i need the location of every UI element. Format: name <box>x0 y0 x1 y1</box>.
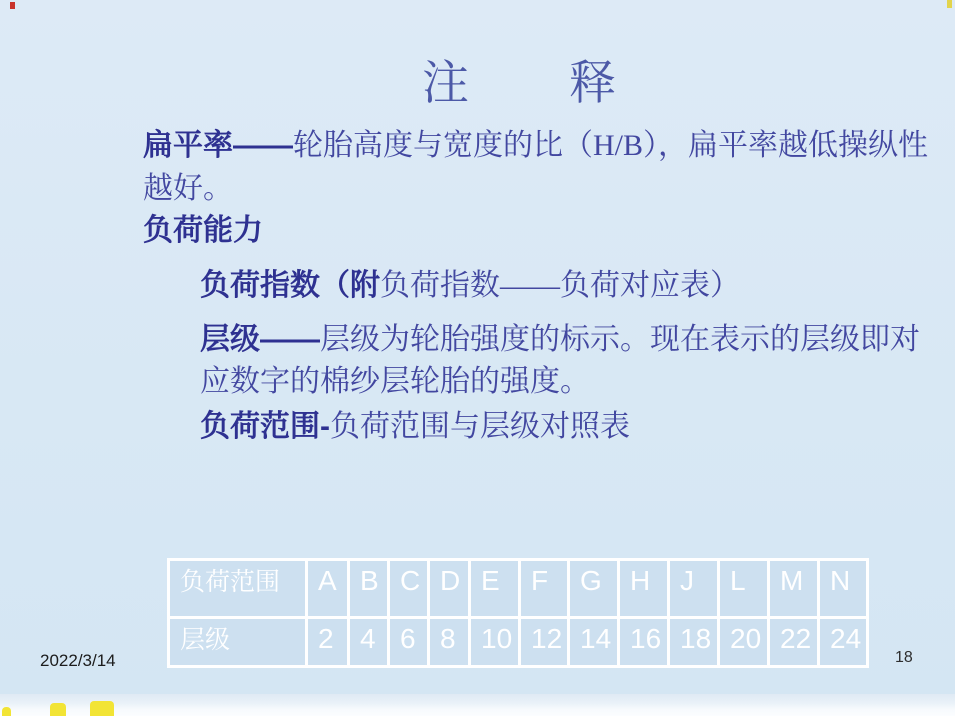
footer-date: 2022/3/14 <box>40 651 116 671</box>
yellow-corner-marker <box>947 0 952 8</box>
slide-background: 注 释 扁平率——轮胎高度与宽度的比（H/B），扁平率越低操纵性越好。 负荷能力… <box>0 0 955 716</box>
table-cell: 20 <box>719 618 769 667</box>
page-number: 18 <box>895 649 913 667</box>
table-row-load-range: 负荷范围 A B C D E F G H J L M N <box>169 560 868 618</box>
table-cell: D <box>429 560 470 618</box>
table-cell: E <box>470 560 520 618</box>
table-cell: 层级 <box>169 618 307 667</box>
table-cell: 10 <box>470 618 520 667</box>
definition-load-range: 负荷范围与层级对照表 <box>330 410 630 443</box>
paragraph-ply-rating: 层级——层级为轮胎强度的标示。现在表示的层级即对应数字的棉纱层轮胎的强度。 <box>200 319 925 403</box>
table-cell: 4 <box>349 618 389 667</box>
slide-title: 注 释 <box>422 46 618 113</box>
term-aspect-ratio: 扁平率—— <box>143 129 293 162</box>
paragraph-load-index: 负荷指数（附负荷指数——负荷对应表） <box>200 264 740 307</box>
table-cell: 18 <box>669 618 719 667</box>
paragraph-load-capacity: 负荷能力 <box>143 209 263 252</box>
yellow-blob-icon <box>50 703 66 716</box>
load-range-table: 负荷范围 A B C D E F G H J L M N 层级 2 4 6 8 … <box>167 558 869 668</box>
table-cell: B <box>349 560 389 618</box>
yellow-blob-icon <box>2 707 11 716</box>
table-cell: J <box>669 560 719 618</box>
table-cell: 12 <box>520 618 569 667</box>
table-cell: G <box>569 560 619 618</box>
table-cell: A <box>307 560 349 618</box>
yellow-blob-icon <box>90 701 114 716</box>
table-cell: 2 <box>307 618 349 667</box>
table-cell: F <box>520 560 569 618</box>
table-cell: 24 <box>819 618 868 667</box>
term-load-capacity: 负荷能力 <box>143 214 263 247</box>
table-row-ply-rating: 层级 2 4 6 8 10 12 14 16 18 20 22 24 <box>169 618 868 667</box>
table-cell: 8 <box>429 618 470 667</box>
term-load-range: 负荷范围- <box>200 410 330 443</box>
table-cell: N <box>819 560 868 618</box>
table-cell: M <box>769 560 819 618</box>
table-cell: 14 <box>569 618 619 667</box>
table-cell: L <box>719 560 769 618</box>
bottom-strip <box>0 694 955 716</box>
red-corner-marker <box>10 2 15 9</box>
term-ply-rating: 层级—— <box>200 323 320 356</box>
table-cell: H <box>619 560 669 618</box>
paragraph-aspect-ratio: 扁平率——轮胎高度与宽度的比（H/B），扁平率越低操纵性越好。 <box>143 124 943 210</box>
table-cell: 22 <box>769 618 819 667</box>
term-load-index: 负荷指数（附 <box>200 269 380 302</box>
paragraph-load-range: 负荷范围-负荷范围与层级对照表 <box>200 405 630 448</box>
table-cell: 16 <box>619 618 669 667</box>
table-cell: 6 <box>389 618 429 667</box>
table-cell: C <box>389 560 429 618</box>
table-cell: 负荷范围 <box>169 560 307 618</box>
definition-load-index: 负荷指数——负荷对应表） <box>380 269 740 302</box>
